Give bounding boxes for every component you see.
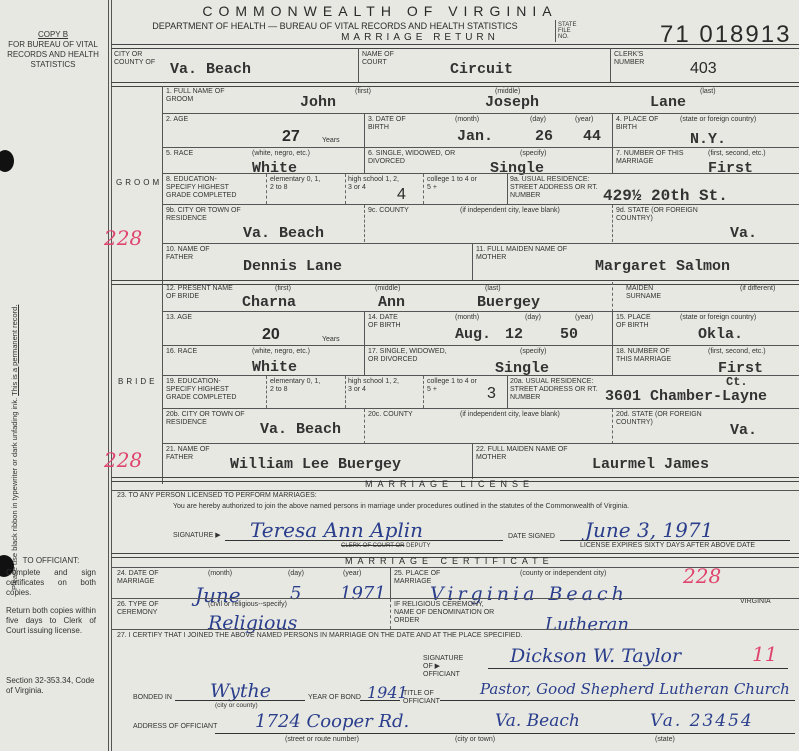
form-title: COMMONWEALTH OF VIRGINIA — [115, 3, 645, 19]
groom-dob-label: 3. DATE OF BIRTH — [368, 116, 408, 132]
groom-marriage-number: First — [708, 160, 753, 177]
groom-birthplace-label: 4. PLACE OF BIRTH — [616, 116, 661, 132]
bride-state: Va. — [730, 422, 757, 439]
elementary-hint: elementary 0, 1, 2 to 8 — [270, 378, 325, 394]
maiden-hint: (if different) — [740, 285, 775, 293]
last-hint: (last) — [700, 88, 716, 96]
license-recipient-label: 23. TO ANY PERSON LICENSED TO PERFORM MA… — [117, 492, 317, 500]
county-hint: (if independent city, leave blank) — [460, 207, 560, 215]
bride-marriage-number-label: 18. NUMBER OF THIS MARRIAGE — [616, 348, 686, 364]
groom-age-label: 2. AGE — [166, 116, 188, 124]
marriage-number-hint: (first, second, etc.) — [708, 348, 798, 356]
certificate-margin-code: 228 — [683, 564, 721, 588]
bride-middle-name: Ann — [378, 294, 405, 311]
officiant-instructions: TO OFFICIANT: Complete and sign certific… — [6, 556, 96, 696]
groom-father-label: 10. NAME OF FATHER — [166, 246, 216, 262]
groom-age: 27 — [282, 128, 300, 146]
college-hint: college 1 to 4 or 5 + — [427, 176, 482, 192]
birthplace-hint: (state or foreign country) — [680, 116, 756, 124]
bride-father-label: 21. NAME OF FATHER — [166, 446, 216, 462]
license-heading: MARRIAGE LICENSE — [365, 479, 534, 489]
groom-state: Va. — [730, 225, 757, 242]
marriage-day: 5 — [290, 583, 301, 604]
groom-mother-label: 11. FULL MAIDEN NAME OF MOTHER — [476, 246, 586, 262]
bride-residence-label: 20a. USUAL RESIDENCE: STREET ADDRESS OR … — [510, 378, 600, 402]
groom-status: Single — [490, 160, 544, 177]
punch-hole-top — [0, 150, 14, 172]
bride-street-suffix: Ct. — [726, 375, 748, 389]
years-label: Years — [322, 336, 340, 344]
groom-street: 429½ 20th St. — [603, 187, 728, 205]
license-signature: Teresa Ann Aplin — [250, 518, 423, 542]
bride-race-label: 16. RACE — [166, 348, 197, 356]
bride-section-label: BRIDE — [118, 377, 157, 386]
first-hint: (first) — [355, 88, 371, 96]
high-school-hint: high school 1, 2, 3 or 4 — [348, 378, 403, 394]
marriage-year: 1971 — [340, 583, 386, 604]
clerk-label: CLERK'S NUMBER — [614, 51, 654, 67]
day-hint: (day) — [525, 314, 541, 322]
officiant-address-label: ADDRESS OF OFFICIANT — [133, 723, 217, 731]
groom-middle-name: Joseph — [485, 94, 539, 111]
bride-city-label: 20b. CITY OR TOWN OF RESIDENCE — [166, 411, 246, 427]
bride-dob-year: 50 — [560, 326, 578, 343]
groom-race-label: 5. RACE — [166, 150, 193, 158]
bride-margin-code: 228 — [104, 448, 142, 472]
groom-birthplace: N.Y. — [690, 131, 726, 148]
bride-first-name: Charna — [242, 294, 296, 311]
bonded-in: Wythe — [210, 680, 271, 702]
clerk-number: 403 — [690, 60, 717, 78]
date-signed-label: DATE SIGNED — [508, 533, 555, 541]
groom-father: Dennis Lane — [243, 258, 342, 275]
officiant-mark: 11 — [752, 642, 777, 666]
groom-dob-day: 26 — [535, 128, 553, 145]
groom-county-label: 9c. COUNTY — [368, 207, 409, 215]
bride-dob-month: Aug. — [455, 326, 491, 343]
groom-city-label: 9b. CITY OR TOWN OF RESIDENCE — [166, 207, 241, 223]
city-label: CITY OR COUNTY OF — [114, 51, 164, 67]
bride-education-label: 19. EDUCATION-SPECIFY HIGHEST GRADE COMP… — [166, 378, 246, 402]
bride-birthplace-label: 15. PLACE OF BIRTH — [616, 314, 661, 330]
marriage-number-hint: (first, second, etc.) — [708, 150, 798, 158]
status-hint: (specify) — [520, 348, 546, 356]
certificate-heading: MARRIAGE CERTIFICATE — [345, 556, 554, 566]
bride-dob-day: 12 — [505, 326, 523, 343]
bride-mother: Laurmel James — [592, 456, 709, 473]
form-name: MARRIAGE RETURN — [270, 32, 570, 43]
status-hint: (specify) — [520, 150, 546, 158]
college-hint: college 1 to 4 or 5 + — [427, 378, 482, 394]
groom-marriage-number-label: 7. NUMBER OF THIS MARRIAGE — [616, 150, 686, 166]
groom-first-name: John — [300, 94, 336, 111]
bride-street: 3601 Chamber-Layne — [605, 388, 767, 405]
denomination: Lutheran — [545, 614, 629, 635]
bride-county-label: 20c. COUNTY — [368, 411, 413, 419]
bride-mother-label: 22. FULL MAIDEN NAME OF MOTHER — [476, 446, 586, 462]
groom-dob-month: Jan. — [457, 128, 493, 145]
groom-dob-year: 44 — [583, 128, 601, 145]
year-hint: (year) — [575, 314, 593, 322]
bride-state-label: 20d. STATE (OR FOREIGN COUNTRY) — [616, 411, 706, 427]
ceremony-type-label: 26. TYPE OF CEREMONY — [117, 601, 172, 617]
bride-city: Va. Beach — [260, 421, 341, 438]
bride-birthplace: Okla. — [698, 326, 743, 343]
bonded-hint: (city or county) — [215, 702, 258, 710]
groom-residence-label: 9a. USUAL RESIDENCE: STREET ADDRESS OR R… — [510, 176, 600, 200]
groom-city: Va. Beach — [243, 225, 324, 242]
birthplace-hint: (state or foreign country) — [680, 314, 756, 322]
city-hint: (city or town) — [455, 736, 495, 744]
street-hint: (street or route number) — [285, 736, 359, 744]
years-label: Years — [322, 137, 340, 145]
county-hint: (if independent city, leave blank) — [460, 411, 560, 419]
month-hint: (month) — [455, 314, 479, 322]
city-value: Va. Beach — [170, 61, 251, 78]
marriage-state: VIRGINIA — [740, 598, 771, 606]
year-hint: (year) — [343, 570, 361, 578]
race-hint: (white, negro, etc.) — [252, 348, 310, 356]
date-signed: June 3, 1971 — [585, 518, 713, 542]
denomination-label: IF RELIGIOUS CEREMONY, NAME OF DENOMINAT… — [394, 601, 504, 625]
year-hint: (year) — [575, 116, 593, 124]
high-school-hint: high school 1, 2, 3 or 4 — [348, 176, 403, 192]
license-authorization: You are hereby authorized to join the ab… — [173, 503, 629, 511]
officiant-signature: Dickson W. Taylor — [510, 645, 681, 667]
groom-status-label: 6. SINGLE, WIDOWED, OR DIVORCED — [368, 150, 458, 166]
bride-age-label: 13. AGE — [166, 314, 192, 322]
vertical-ink-note: Please use black ribbon in typewriter or… — [10, 210, 20, 590]
bride-maiden-label: MAIDEN SURNAME — [626, 285, 666, 301]
officiant-title-label: TITLE OF OFFICIANT — [403, 690, 443, 706]
month-hint: (month) — [208, 570, 232, 578]
last-hint: (last) — [485, 285, 501, 293]
bride-age: 20 — [262, 326, 280, 344]
elementary-hint: elementary 0, 1, 2 to 8 — [270, 176, 325, 192]
ceremony-type: Religious — [208, 612, 297, 634]
copy-label: COPY B FOR BUREAU OF VITAL RECORDS AND H… — [0, 30, 106, 70]
state-hint: (state) — [655, 736, 675, 744]
certification-statement: 27. I CERTIFY THAT I JOINED THE ABOVE NA… — [117, 632, 522, 640]
bride-name-label: 12. PRESENT NAME OF BRIDE — [166, 285, 236, 301]
struck-role: CLERK OF COURT OR — [341, 543, 404, 549]
officiant-city: Va. Beach — [495, 711, 580, 731]
signer-role: DEPUTY — [406, 543, 430, 549]
officiant-signature-label: SIGNATURE OF ▶ OFFICIANT — [423, 655, 468, 679]
bride-education-college: 3 — [487, 385, 496, 403]
officiant-state: Va. 23454 — [650, 711, 754, 731]
bond-year-label: YEAR OF BOND — [308, 694, 361, 702]
bride-status-label: 17. SINGLE, WIDOWED, OR DIVORCED — [368, 348, 458, 364]
license-expiry-note: LICENSE EXPIRES SIXTY DAYS AFTER ABOVE D… — [580, 542, 755, 550]
groom-education-hs: 4 — [397, 186, 406, 204]
court-label: NAME OF COURT — [362, 51, 402, 67]
groom-mother: Margaret Salmon — [595, 258, 730, 275]
court-value: Circuit — [450, 61, 513, 78]
groom-education-label: 8. EDUCATION-SPECIFY HIGHEST GRADE COMPL… — [166, 176, 246, 200]
bonded-in-label: BONDED IN — [133, 694, 172, 702]
groom-last-name: Lane — [650, 94, 686, 111]
race-hint: (white, negro, etc.) — [252, 150, 310, 158]
middle-hint: (middle) — [375, 285, 400, 293]
groom-state-label: 9d. STATE (OR FOREIGN COUNTRY) — [616, 207, 706, 223]
bride-race: White — [252, 359, 297, 376]
ceremony-hint: (civil or religious--specify) — [208, 601, 287, 609]
groom-name-label: 1. FULL NAME OF GROOM — [166, 88, 236, 104]
license-signature-label: SIGNATURE ▶ — [173, 532, 221, 540]
bride-last-name: Buergey — [477, 294, 540, 311]
first-hint: (first) — [275, 285, 291, 293]
month-hint: (month) — [455, 116, 479, 124]
day-hint: (day) — [530, 116, 546, 124]
day-hint: (day) — [288, 570, 304, 578]
groom-margin-code: 228 — [104, 226, 142, 250]
officiant-title: Pastor, Good Shepherd Lutheran Church — [480, 680, 790, 698]
state-file-label: STATE FILE NO. — [558, 22, 578, 40]
department-line: DEPARTMENT OF HEALTH — BUREAU OF VITAL R… — [115, 21, 555, 31]
bride-father: William Lee Buergey — [230, 456, 401, 473]
place-hint: (county or independent city) — [520, 570, 606, 578]
officiant-street: 1724 Cooper Rd. — [255, 711, 409, 732]
marriage-date-label: 24. DATE OF MARRIAGE — [117, 570, 172, 586]
bride-dob-label: 14. DATE OF BIRTH — [368, 314, 408, 330]
groom-race: White — [252, 160, 297, 177]
groom-section-label: GROOM — [116, 178, 162, 187]
